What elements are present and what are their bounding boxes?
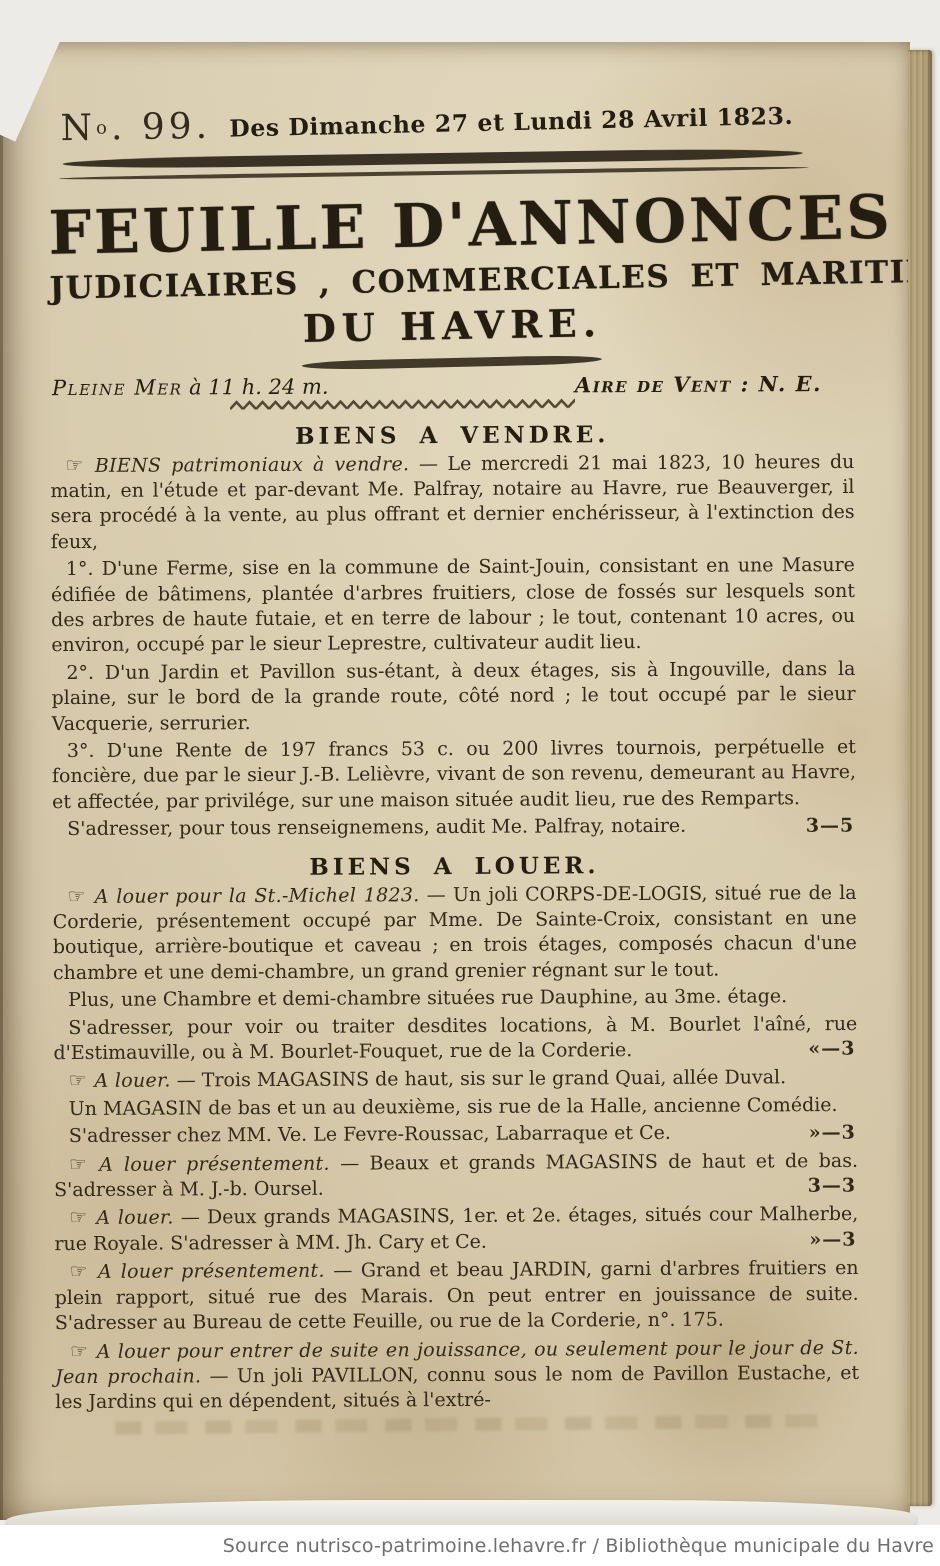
newspaper-page: No. 99. Des Dimanche 27 et Lundi 28 Avri… [0, 42, 910, 1520]
section-louer: ☞ A louer pour la St.-Michel 1823. — Un … [53, 879, 860, 1415]
thin-rule [59, 166, 809, 181]
ad-paragraph: ☞ A louer pour entrer de suite en jouiss… [55, 1334, 859, 1415]
short-rule [302, 354, 602, 370]
ad-paragraph: 1°. D'une Ferme, sise en la commune de S… [51, 553, 856, 659]
pointing-hand-icon: ☞ [65, 452, 85, 476]
ad-paragraph: S'adresser, pour tous renseignemens, aud… [52, 813, 856, 843]
pointing-hand-icon: ☞ [69, 1152, 89, 1176]
ad-paragraph: 3°. D'une Rente de 197 francs 53 c. ou 2… [52, 735, 856, 815]
ad-paragraph: ☞ A louer présentement. — Grand et beau … [54, 1255, 858, 1336]
issue-number-sup: o [96, 117, 111, 138]
ad-paragraph: Plus, une Chambre et demi-chambre située… [53, 984, 857, 1014]
wind-direction: Aire de Vent : N. E. [575, 370, 848, 396]
section-heading-vendre: BIENS A VENDRE. [50, 419, 854, 450]
section-heading-louer: BIENS A LOUER. [52, 850, 856, 881]
pointing-hand-icon: ☞ [68, 1068, 88, 1092]
book-fore-edge [908, 50, 932, 1506]
pointing-hand-icon: ☞ [69, 1259, 89, 1283]
source-attribution-bar: Source nutrisco-patrimoine.lehavre.fr / … [0, 1525, 940, 1566]
wavy-rule [230, 398, 575, 411]
pointing-hand-icon: ☞ [69, 1205, 89, 1229]
ad-paragraph: ☞ A louer. — Deux grands MAGASINS, 1er. … [54, 1201, 858, 1257]
source-attribution-text: Source nutrisco-patrimoine.lehavre.fr / … [223, 1535, 934, 1557]
tide-row: Pleine Mer à 11 h. 24 m. Aire de Vent : … [50, 370, 854, 399]
ad-paragraph: ☞ A louer présentement. — Beaux et grand… [54, 1148, 858, 1204]
pointing-hand-icon: ☞ [68, 884, 88, 908]
ad-paragraph: ☞ A louer pour la St.-Michel 1823. — Un … [53, 879, 858, 986]
printed-content: No. 99. Des Dimanche 27 et Lundi 28 Avri… [0, 42, 910, 1520]
ad-paragraph: S'adresser, pour voir ou traiter desdite… [53, 1012, 857, 1067]
thick-rule [63, 148, 803, 170]
ad-paragraph: 2°. D'un Jardin et Pavillon sus-étant, à… [51, 657, 855, 737]
date-line: Des Dimanche 27 et Lundi 28 Avril 1823. [211, 100, 853, 143]
issue-number: No. 99. [60, 106, 211, 149]
book-bottom-pages [6, 1500, 916, 1526]
tide-time: Pleine Mer à 11 h. 24 m. [52, 374, 329, 399]
ink-bleedthrough [115, 1414, 829, 1434]
issue-header: No. 99. Des Dimanche 27 et Lundi 28 Avri… [48, 96, 853, 150]
pointing-hand-icon: ☞ [70, 1338, 90, 1362]
ad-paragraph: Un MAGASIN de bas et un au deuxième, sis… [54, 1093, 858, 1123]
ad-paragraph: ☞ BIENS patrimoniaux à vendre. — Le merc… [50, 448, 855, 555]
ad-paragraph: ☞ A louer. — Trois MAGASINS de haut, sis… [54, 1064, 858, 1095]
masthead-title: FEUILLE D'ANNONCES [48, 183, 853, 268]
masthead: FEUILLE D'ANNONCES JUDICIAIRES , COMMERC… [48, 183, 855, 355]
ad-paragraph: S'adresser chez MM. Ve. Le Fevre-Roussac… [54, 1120, 858, 1150]
section-vendre: ☞ BIENS patrimoniaux à vendre. — Le merc… [50, 448, 856, 842]
